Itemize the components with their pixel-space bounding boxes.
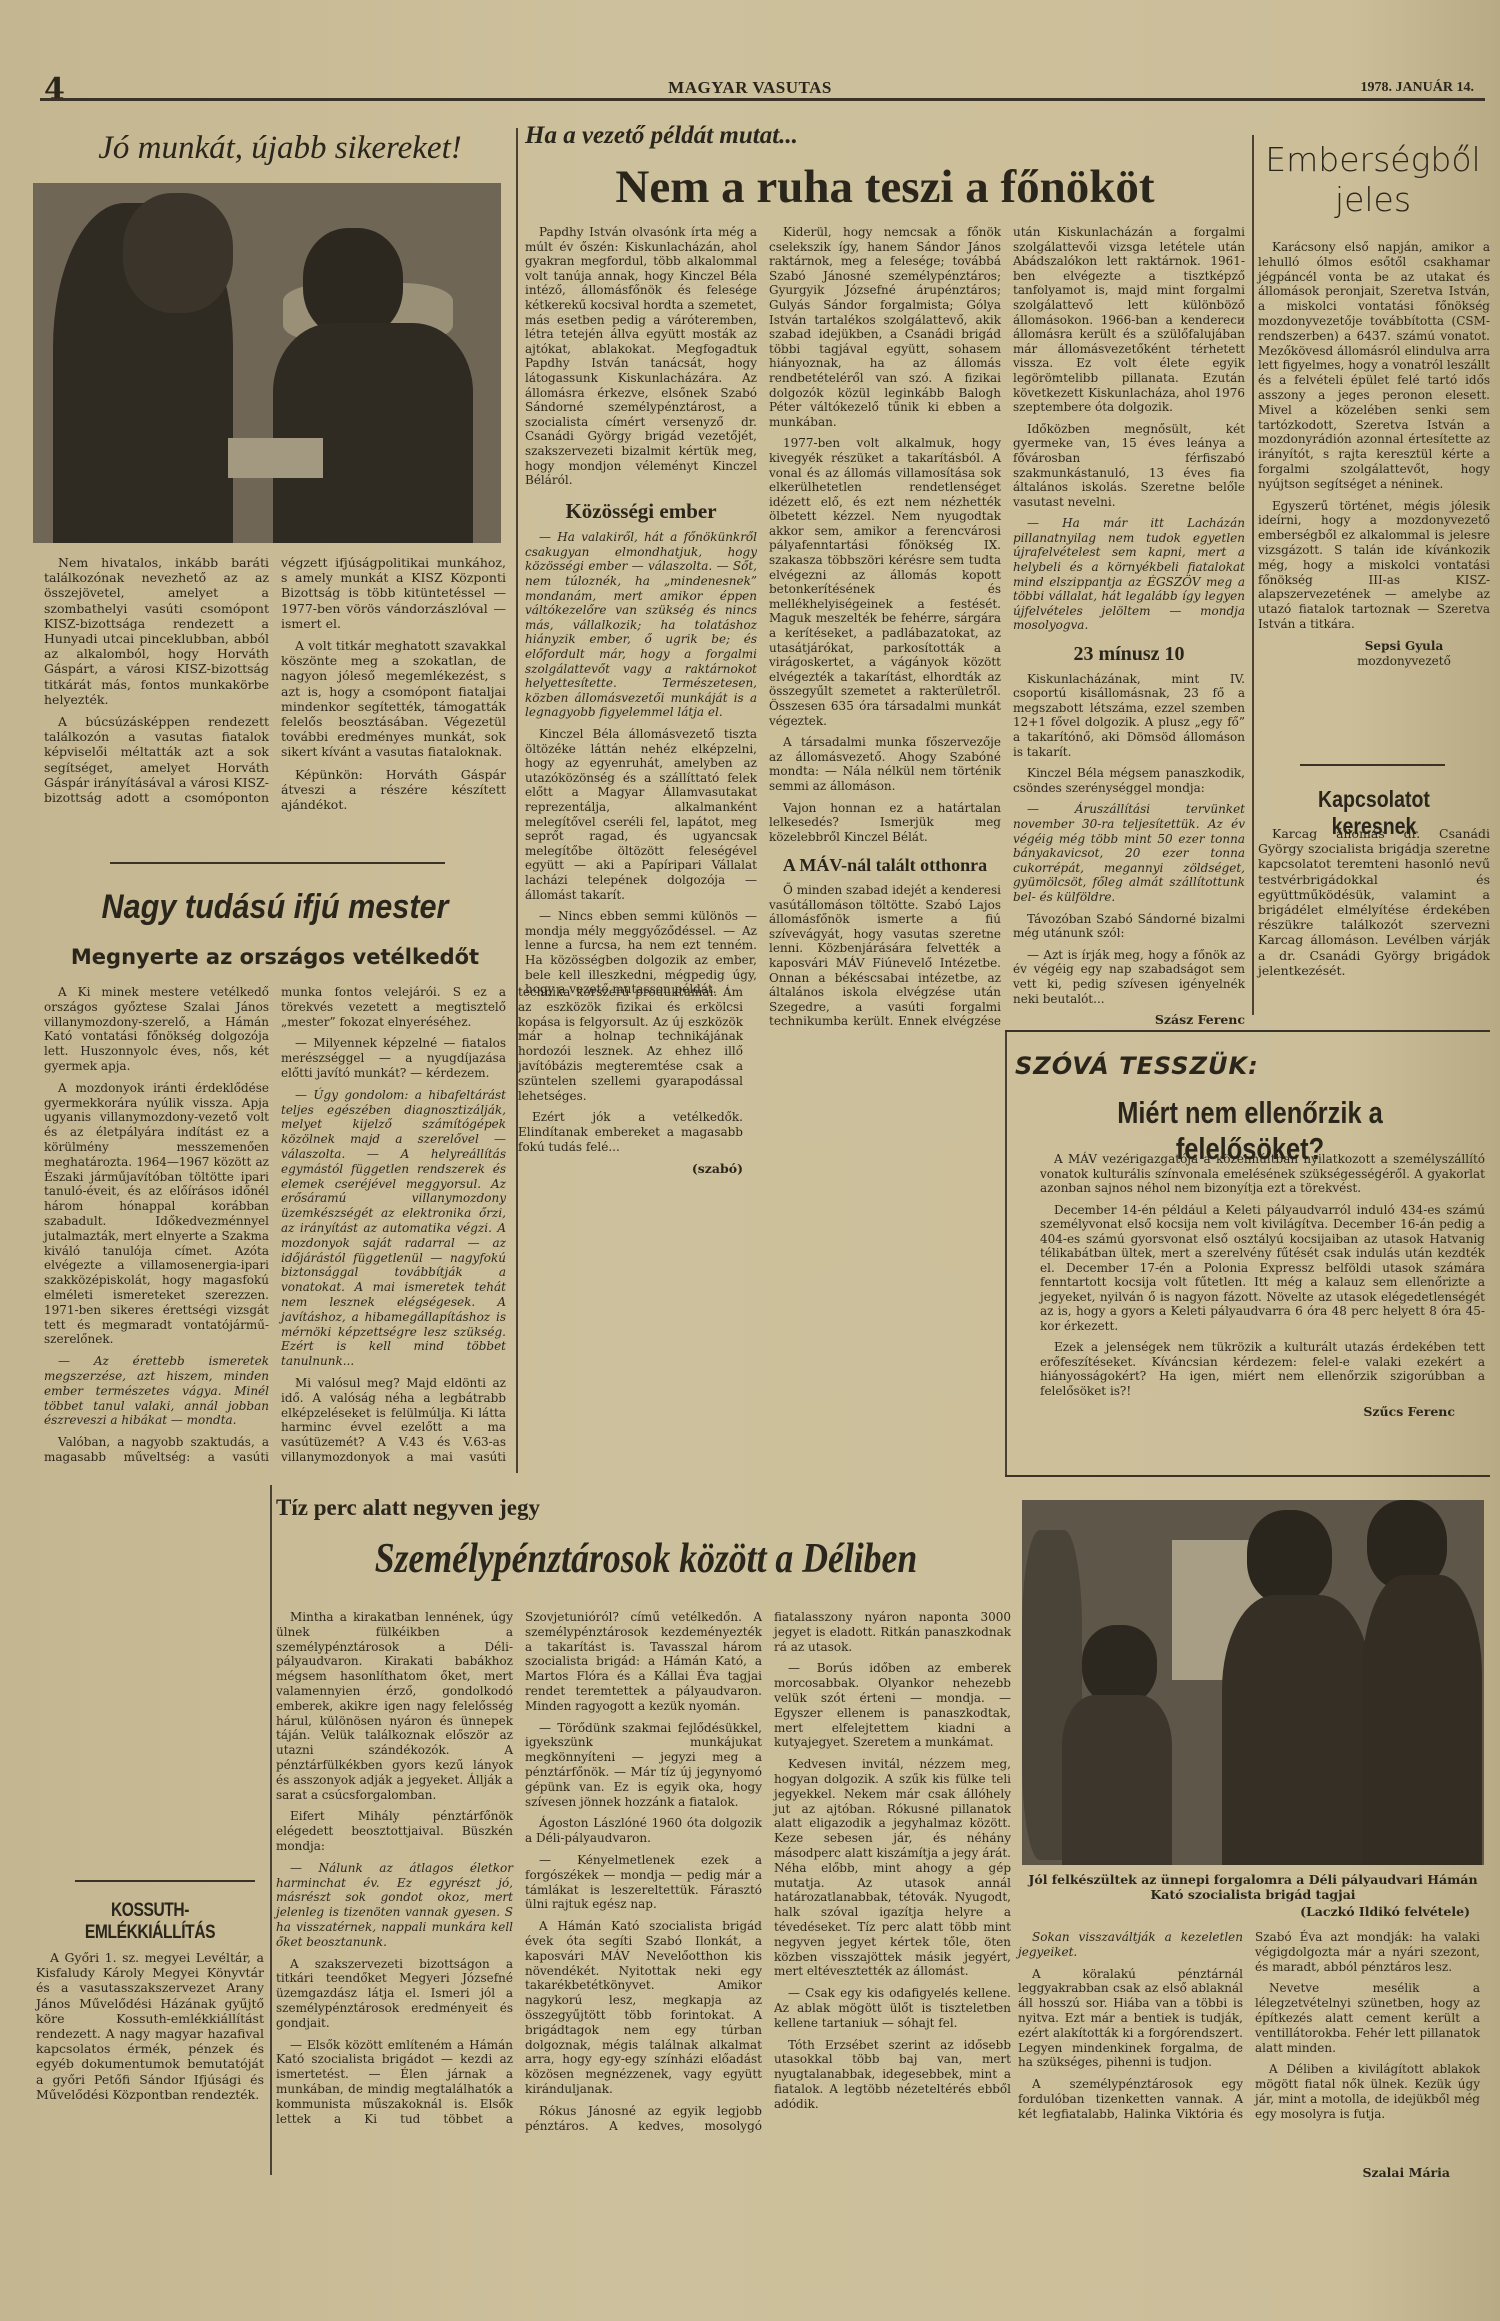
signature: Szász Ferenc <box>1013 1013 1245 1028</box>
signature: Szűcs Ferenc <box>1040 1405 1485 1420</box>
headline-line: jeles <box>1258 180 1488 220</box>
paragraph: Tóth Erzsébet szerint az idősebb utasokk… <box>774 2038 1011 2112</box>
photo-caption: Jól felkészültek az ünnepi forgalomra a … <box>1022 1872 1484 1902</box>
paragraph: Ezek a jelenségek nem tükrözik a kulturá… <box>1040 1340 1485 1398</box>
paragraph: A Déliben a kivilágított ablakok mögött … <box>1255 2062 1480 2121</box>
subhead-kozossegi-ember: Közösségi ember <box>525 504 757 519</box>
section-divider <box>1300 764 1445 766</box>
paragraph: Nevetve mesélik a lélegzetvételnyi szüne… <box>1255 1981 1480 2055</box>
issue-date: 1978. JANUÁR 14. <box>1360 80 1474 96</box>
body-jo-munkat: Nem hivatalos, inkább baráti találkozóna… <box>44 555 506 855</box>
kicker-nem-a-ruha: Ha a vezető példát mutat... <box>525 122 798 150</box>
section-divider <box>110 862 445 864</box>
paragraph: — Azt is írják meg, hogy a főnök az év v… <box>1013 948 1245 1006</box>
paragraph: Kinczel Béla állomásvezető tiszta öltözé… <box>525 727 757 902</box>
paragraph: 1977-ben volt alkalmuk, hogy kivegyék ré… <box>769 436 1001 728</box>
subhead-23-minusz-10: 23 mínusz 10 <box>1013 647 1245 662</box>
column-rule <box>516 128 518 1473</box>
headline-jo-munkat: Jó munkát, újabb sikereket! <box>70 130 490 167</box>
paragraph: A köralakú pénztárnál leggyakrabban csak… <box>1018 1967 1243 2071</box>
paragraph: Kiskunlacházának, mint IV. csoportú kisá… <box>1013 672 1245 760</box>
paragraph: A Hámán Kató szocialista brigád évek óta… <box>525 1919 762 2097</box>
paragraph: — Az érettebb ismeretek megszerzése, azt… <box>44 1354 269 1428</box>
photo-gift-presentation <box>33 183 501 543</box>
paper-title: MAGYAR VASUTAS <box>560 78 940 98</box>
body-szova-tesszuk: A MÁV vezérigazgatója a közelmúltban nyi… <box>1040 1152 1485 1420</box>
headline-tiz-perc: Személypénztárosok között a Déliben <box>332 1535 961 1583</box>
paragraph: Nem hivatalos, inkább baráti találkozóna… <box>44 555 269 707</box>
paragraph: Papdhy István olvasónk írta még a múlt é… <box>525 225 757 488</box>
signature-name: Sepsi Gyula <box>1258 639 1490 654</box>
paragraph: Egyszerű történet, mégis jólesik ideírni… <box>1258 499 1490 632</box>
paragraph: — Milyennek képzelné — fiatalos merészsé… <box>281 1036 506 1080</box>
paragraph: Vajon honnan ez a határtalan lelkesedés?… <box>769 801 1001 845</box>
subhead-mav-nal-talalt-otthonra: A MÁV-nál talált otthonra <box>769 858 1001 873</box>
paragraph: Ágoston Lászlóné 1960 óta dolgozik a Dél… <box>525 1816 762 1846</box>
paragraph: Karácsony első napján, amikor a lehulló … <box>1258 240 1490 492</box>
paragraph: Kiderül, hogy nemcsak a főnök cselekszik… <box>769 225 1001 429</box>
paragraph: — Ha valakiről, hát a főnökünkről csakug… <box>525 530 757 720</box>
paragraph: — Áruszállítási tervünket november 30-ra… <box>1013 802 1245 904</box>
paragraph: A mozdonyok iránti érdeklődése gyermekko… <box>44 1081 269 1347</box>
paragraph: Távozóban Szabó Sándorné bizalmi még utá… <box>1013 912 1245 941</box>
paragraph: December 14-én például a Keleti pályaudv… <box>1040 1203 1485 1334</box>
photo-caption: Képünkön: Horváth Gáspár átveszi a részé… <box>281 767 506 813</box>
body-kossuth: A Győri 1. sz. megyei Levéltár, a Kisfal… <box>36 1950 264 2109</box>
paragraph: A szakszervezeti bizottságon a titkári t… <box>276 1957 513 2031</box>
paragraph: Mintha a kirakatban lennének, úgy ülnek … <box>276 1610 513 1802</box>
section-divider <box>75 1880 255 1882</box>
paragraph: — Úgy gondolom: a hibafeltárást teljes e… <box>281 1088 506 1369</box>
photo-credit: (Laczkó Ildikó felvétele) <box>1200 1904 1470 1919</box>
paragraph: A volt titkár meghatott szavakkal köszön… <box>281 638 506 760</box>
body-kapcsolatot: Karcag állomás dr. Csanádi György szocia… <box>1258 826 1490 985</box>
signature: Szalai Mária <box>1250 2165 1450 2180</box>
section-divider <box>1005 1030 1490 1032</box>
paragraph: Kedvesen invitál, nézzem meg, hogyan dol… <box>774 1757 1011 1979</box>
paragraph: A társadalmi munka főszervezője az állom… <box>769 735 1001 793</box>
paragraph: — Nincs ebben semmi különös — mondja mél… <box>525 909 757 997</box>
masthead-rule <box>40 98 1485 101</box>
paragraph: Időközben megnősült, két gyermeke van, 1… <box>1013 422 1245 510</box>
section-divider <box>1005 1475 1490 1477</box>
headline-nagy-tudasu: Nagy tudású ifjú mester <box>64 888 487 927</box>
paragraph: — Törődünk szakmai fejlődésükkel, igyeks… <box>525 1721 762 1810</box>
newspaper-page: 4 MAGYAR VASUTAS 1978. JANUÁR 14. Jó mun… <box>0 0 1500 2321</box>
subheadline-nagy-tudasu: Megnyerte az országos vetélkedőt <box>40 945 510 969</box>
paragraph: Eifert Mihály pénztárfőnök elégedett beo… <box>276 1809 513 1853</box>
paragraph: A Ki minek mestere vetélkedő országos gy… <box>44 985 269 1074</box>
paragraph: — Ha már itt Lacházán pillanatnyilag nem… <box>1013 516 1245 633</box>
signature-role: mozdonyvezető <box>1258 654 1490 669</box>
column-rule <box>1252 135 1254 1015</box>
headline-nem-a-ruha: Nem a ruha teszi a főnököt <box>525 160 1245 214</box>
column-rule <box>270 1485 272 2175</box>
photo-cashiers <box>1022 1500 1484 1865</box>
paragraph: — Kényelmetlenek ezek a forgószékek — mo… <box>525 1853 762 1912</box>
paragraph: — Nálunk az átlagos életkor harminchat é… <box>276 1861 513 1950</box>
page-number: 4 <box>44 72 65 107</box>
paragraph: Kinczel Béla mégsem panaszkodik, csöndes… <box>1013 766 1245 795</box>
kicker-tiz-perc: Tíz perc alatt negyven jegy <box>276 1495 540 1521</box>
body-embersegbol: Karácsony első napján, amikor a lehulló … <box>1258 240 1490 668</box>
paragraph: A Győri 1. sz. megyei Levéltár, a Kisfal… <box>36 1950 264 2102</box>
headline-kossuth: KOSSUTH-EMLÉKKIÁLLÍTÁS <box>52 1900 249 1944</box>
paragraph: Karcag állomás dr. Csanádi György szocia… <box>1258 826 1490 978</box>
headline-embersegbol: Emberségből jeles <box>1258 140 1488 220</box>
body-tiz-perc-right: Sokan visszaváltják a kezeletlen jegyeik… <box>1018 1930 1480 2130</box>
body-nagy-tudasu: A Ki minek mestere vetélkedő országos gy… <box>44 985 506 1475</box>
paragraph: A MÁV vezérigazgatója a közelmúltban nyi… <box>1040 1152 1485 1196</box>
paragraph: — Borús időben az emberek morcosabbak. O… <box>774 1661 1011 1750</box>
paragraph: — Csak egy kis odafigyelés kellene. Az a… <box>774 1986 1011 2030</box>
kicker-szova-tesszuk: SZÓVÁ TESSZÜK: <box>1015 1052 1259 1080</box>
body-tiz-perc: Mintha a kirakatban lennének, úgy ülnek … <box>276 1610 1011 2175</box>
paragraph: Sokan visszaváltják a kezeletlen jegyeik… <box>1018 1930 1243 1960</box>
headline-line: Emberségből <box>1258 140 1488 180</box>
